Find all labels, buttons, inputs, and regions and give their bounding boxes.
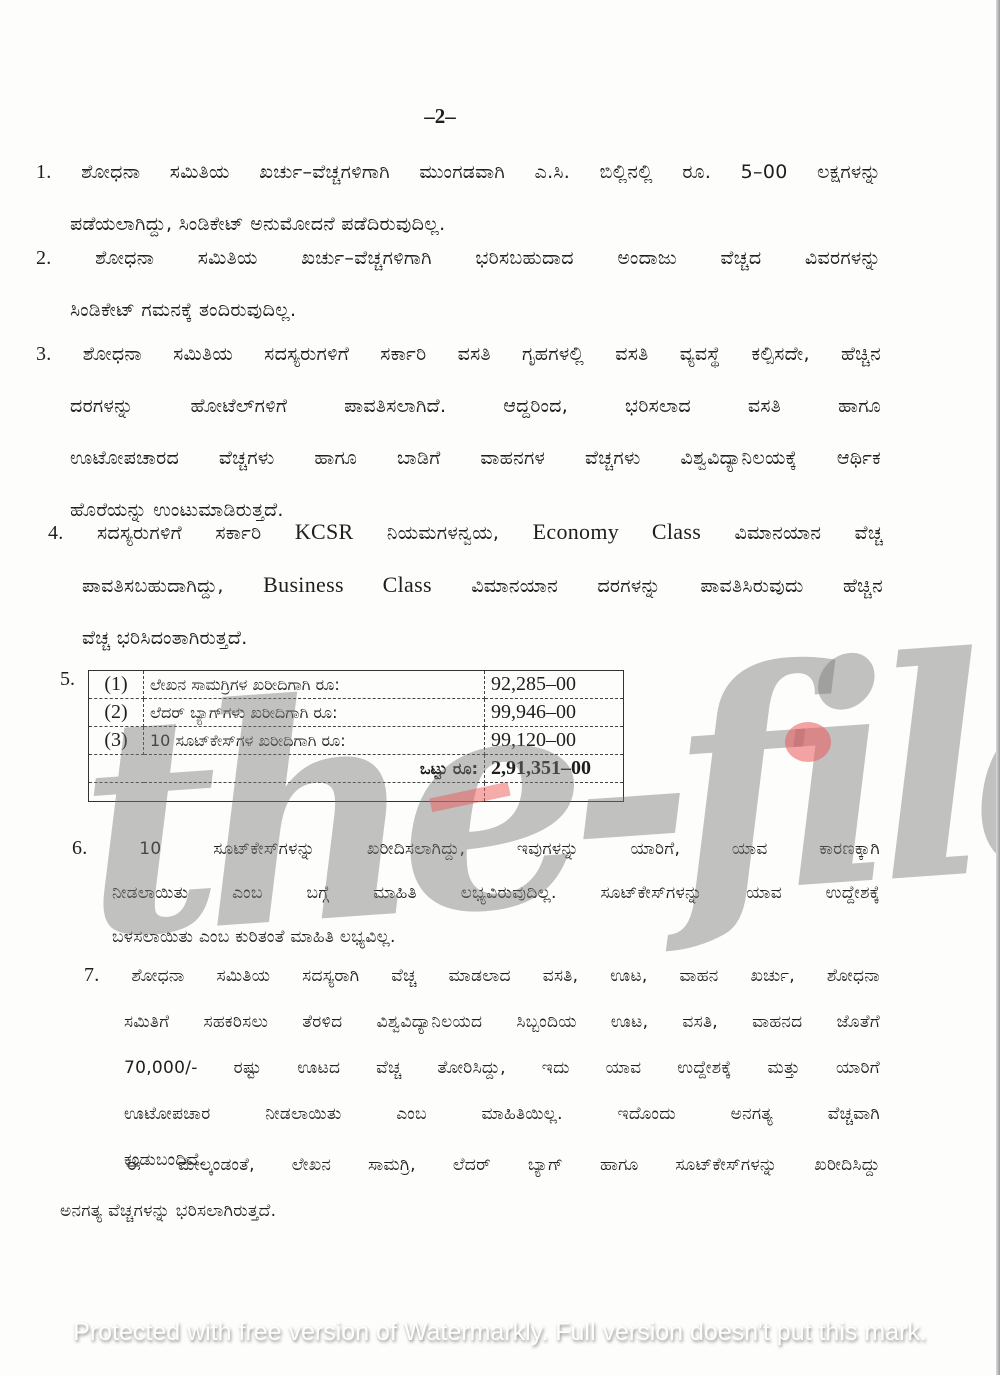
paragraph-number: 3. (36, 328, 52, 380)
paragraph-text: ಶೋಧನಾ ಸಮಿತಿಯ ಸದಸ್ಯರುಗಳಿಗೆ ಸರ್ಕಾರಿ ವಸತಿ ಗ… (83, 343, 881, 365)
total-amount: 2,91,351–00 (485, 755, 624, 783)
cell-index: (3) (89, 727, 144, 755)
paragraph-text: ಸಮಿತಿಗೆ ಸಹಕರಿಸಲು ತೆರಳಿದ ವಿಶ್ವವಿದ್ಯಾನಿಲಯದ… (84, 999, 880, 1045)
total-label: ಒಟ್ಟು ರೂ: (89, 755, 485, 783)
page-number: –2– (0, 104, 880, 129)
paragraph-text: ಅನಗತ್ಯ ವೆಚ್ಚಗಳನ್ನು ಭರಿಸಲಾಗಿರುತ್ತದೆ. (60, 1188, 880, 1234)
page-edge-shadow (996, 0, 1000, 1375)
paragraph-text: ಶೋಧನಾ ಸಮಿತಿಯ ಖರ್ಚು–ವೆಚ್ಚಗಳಿಗಾಗಿ ಮುಂಗಡವಾಗ… (81, 161, 881, 183)
conclusion-paragraph: ಈ ಮೇಲ್ಕಂಡಂತೆ, ಲೇಖನ ಸಾಮಗ್ರಿ, ಲೆದರ್ ಬ್ಯಾಗ್… (60, 1142, 880, 1234)
expense-table: (1)ಲೇಖನ ಸಾಮಗ್ರಿಗಳ ಖರೀದಿಗಾಗಿ ರೂ:92,285–00… (88, 670, 624, 802)
paragraph-6: 6. 10 ಸೂಟ್‌ಕೇಸ್‌ಗಳನ್ನು ಖರೀದಿಸಲಾಗಿದ್ದು, ಇ… (72, 826, 880, 959)
cell-description: ಲೇಖನ ಸಾಮಗ್ರಿಗಳ ಖರೀದಿಗಾಗಿ ರೂ: (144, 671, 485, 699)
table-row: (2)ಲೆದರ್ ಬ್ಯಾಗ್‌ಗಳು ಖರೀದಿಗಾಗಿ ರೂ:99,946–… (89, 699, 624, 727)
kcsr-term: KCSR (295, 519, 354, 544)
paragraph-text: 10 ಸೂಟ್‌ಕೇಸ್‌ಗಳನ್ನು ಖರೀದಿಸಲಾಗಿದ್ದು, ಇವುಗ… (139, 839, 880, 859)
paragraph-text: ನೀಡಲಾಯಿತು ಎಂಬ ಬಗ್ಗೆ ಮಾಹಿತಿ ಲಭ್ಯವಿರುವುದಿಲ… (72, 871, 880, 915)
cell-amount: 99,120–00 (485, 727, 624, 755)
paragraph-number: 6. (72, 826, 88, 870)
business-class-term: Business Class (263, 572, 432, 597)
paragraph-number: 1. (36, 146, 52, 198)
table-spacer-row (89, 783, 624, 802)
cell-amount: 92,285–00 (485, 671, 624, 699)
cell-description: ಲೆದರ್ ಬ್ಯಾಗ್‌ಗಳು ಖರೀದಿಗಾಗಿ ರೂ: (144, 699, 485, 727)
paragraph-number: 4. (48, 507, 64, 559)
cell-index: (2) (89, 699, 144, 727)
paragraph-text: ಶೋಧನಾ ಸಮಿತಿಯ ಖರ್ಚು–ವೆಚ್ಚಗಳಿಗಾಗಿ ಭರಿಸಬಹುದ… (95, 247, 881, 269)
paragraph-text: ಶೋಧನಾ ಸಮಿತಿಯ ಸದಸ್ಯರಾಗಿ ವೆಚ್ಚ ಮಾಡಲಾದ ವಸತಿ… (132, 966, 880, 986)
table-row: (3)10 ಸೂಟ್‌ಕೇಸ್‌ಗಳ ಖರೀದಿಗಾಗಿ ರೂ:99,120–0… (89, 727, 624, 755)
cell-index: (1) (89, 671, 144, 699)
paragraph-2: 2. ಶೋಧನಾ ಸಮಿತಿಯ ಖರ್ಚು–ವೆಚ್ಚಗಳಿಗಾಗಿ ಭರಿಸಬ… (36, 232, 881, 336)
paragraph-text: ದರಗಳನ್ನು ಹೋಟೆಲ್‌ಗಳಿಗೆ ಪಾವತಿಸಲಾಗಿದೆ. ಆದ್ದ… (36, 380, 881, 432)
paragraph-text: ಈ ಮೇಲ್ಕಂಡಂತೆ, ಲೇಖನ ಸಾಮಗ್ರಿ, ಲೆದರ್ ಬ್ಯಾಗ್… (60, 1142, 880, 1188)
paragraph-text: ಊಟೋಪಚಾರದ ವೆಚ್ಚಗಳು ಹಾಗೂ ಬಾಡಿಗೆ ವಾಹನಗಳ ವೆಚ… (36, 432, 881, 484)
watermark-dot-accent (785, 722, 831, 762)
table-row: (1)ಲೇಖನ ಸಾಮಗ್ರಿಗಳ ಖರೀದಿಗಾಗಿ ರೂ:92,285–00 (89, 671, 624, 699)
document-page: –2– 1. ಶೋಧನಾ ಸಮಿತಿಯ ಖರ್ಚು–ವೆಚ್ಚಗಳಿಗಾಗಿ ಮ… (0, 0, 1000, 1375)
paragraph-text: ಊಟೋಪಚಾರ ನೀಡಲಾಯಿತು ಎಂಬ ಮಾಹಿತಿಯಿಲ್ಲ. ಇದೊಂದ… (84, 1091, 880, 1137)
paragraph-text: ವೆಚ್ಚ ಭರಿಸಿದಂತಾಗಿರುತ್ತದೆ. (48, 612, 883, 664)
paragraph-number: 2. (36, 232, 52, 284)
paragraph-number: 5. (60, 668, 75, 691)
total-row: ಒಟ್ಟು ರೂ:2,91,351–00 (89, 755, 624, 783)
paragraph-3: 3. ಶೋಧನಾ ಸಮಿತಿಯ ಸದಸ್ಯರುಗಳಿಗೆ ಸರ್ಕಾರಿ ವಸತ… (36, 328, 881, 536)
cell-amount: 99,946–00 (485, 699, 624, 727)
paragraph-text: 70,000/- ರಷ್ಟು ಊಟದ ವೆಚ್ಚ ತೋರಿಸಿದ್ದು, ಇದು… (84, 1045, 880, 1091)
paragraph-number: 7. (84, 952, 100, 998)
cell-description: 10 ಸೂಟ್‌ಕೇಸ್‌ಗಳ ಖರೀದಿಗಾಗಿ ರೂ: (144, 727, 485, 755)
paragraph-4: 4. ಸದಸ್ಯರುಗಳಿಗೆ ಸರ್ಕಾರಿ KCSR ನಿಯಮಗಳನ್ವಯ,… (48, 506, 883, 664)
footer-watermark: Protected with free version of Watermark… (0, 1318, 1000, 1347)
economy-class-term: Economy Class (533, 519, 701, 544)
